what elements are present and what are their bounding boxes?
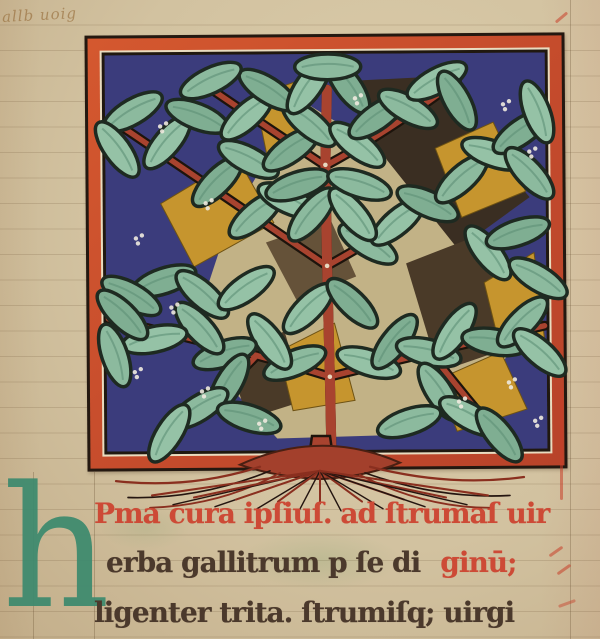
text-line-2-main: erba gallitrum p ſe di xyxy=(106,546,420,579)
red-slash xyxy=(558,599,576,608)
frame-cream-line xyxy=(100,47,553,456)
rubric-line-1: Pma cura ipſiuſ. ad ſtrumaſ uir xyxy=(94,497,549,530)
text-line-3: ligenter trita. ſtrumiſq; uirgi xyxy=(94,596,514,629)
red-margin-stroke xyxy=(560,388,563,500)
manuscript-page: allb uoig xyxy=(0,0,600,639)
faded-marginalia: allb uoig xyxy=(2,4,78,26)
frame-black-line xyxy=(102,49,551,454)
miniature-frame xyxy=(84,32,567,471)
text-line-2: erba gallitrum p ſe diginū; xyxy=(106,546,517,579)
vertical-ruling-right xyxy=(570,0,571,639)
text-line-2-red-correction: ginū; xyxy=(440,546,516,579)
miniature-field xyxy=(105,52,548,451)
herb-illustration xyxy=(105,52,548,451)
frame-orange-band xyxy=(88,35,565,468)
red-margin-tick xyxy=(555,12,568,24)
red-slash xyxy=(549,546,564,558)
